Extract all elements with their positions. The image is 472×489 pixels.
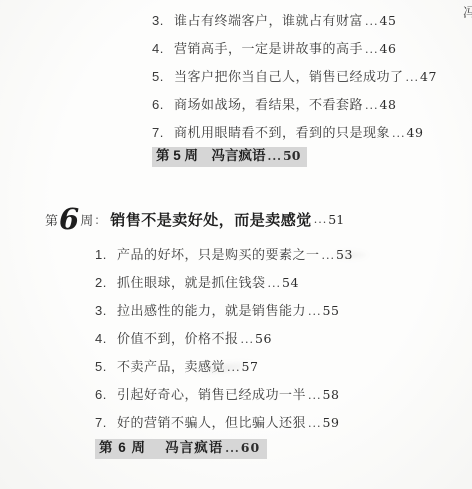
item-number: 7. <box>95 409 117 436</box>
leader-dots: ... <box>406 71 420 84</box>
toc-item: 4.营销高手，一定是讲故事的高手...46 <box>152 35 437 63</box>
leader-dots: ... <box>365 15 379 28</box>
week6-toc-block: 1.产品的好坏，只是购买的要素之一...53 2.抓住眼球，就是抓住钱袋...5… <box>95 241 353 459</box>
summary-page-number: 60 <box>241 440 260 455</box>
item-title: 营销高手，一定是讲故事的高手 <box>174 41 363 56</box>
leader-dots: ... <box>241 333 255 346</box>
heading-colon: ： <box>94 211 106 228</box>
leader-dots: ... <box>314 213 328 226</box>
leader-dots: ... <box>268 277 282 290</box>
toc-item: 3.谁占有终端客户，谁就占有财富...45 <box>152 7 437 35</box>
summary-label: 第 6 周 冯言疯语 <box>99 440 223 455</box>
toc-item: 7.商机用眼睛看不到，看到的只是现象...49 <box>152 119 437 147</box>
leader-dots: ... <box>308 305 322 318</box>
item-title: 商场如战场，看结果，不看套路 <box>174 97 363 112</box>
leader-dots: ... <box>322 249 336 262</box>
item-number: 5. <box>95 353 117 380</box>
item-number: 3. <box>152 7 174 34</box>
toc-item: 4.价值不到，价格不报...56 <box>95 325 353 353</box>
leader-dots: ... <box>308 389 322 402</box>
leader-dots: ... <box>268 150 283 163</box>
toc-item: 6.引起好奇心，销售已经成功一半...58 <box>95 381 353 409</box>
item-title: 价值不到，价格不报 <box>117 331 239 346</box>
item-page-number: 47 <box>420 69 437 84</box>
leader-dots: ... <box>392 127 406 140</box>
item-number: 6. <box>95 381 117 408</box>
heading-suffix: 周 <box>80 210 93 229</box>
heading-page-number: 51 <box>328 212 344 227</box>
item-number: 3. <box>95 297 117 324</box>
item-title: 好的营销不骗人，但比骗人还狠 <box>117 415 306 430</box>
item-page-number: 59 <box>323 415 340 430</box>
toc-item: 2.抓住眼球，就是抓住钱袋...54 <box>95 269 353 297</box>
toc-item: 7.好的营销不骗人，但比骗人还狠...59 <box>95 409 353 437</box>
item-title: 不卖产品，卖感觉 <box>117 359 225 374</box>
item-page-number: 48 <box>380 97 397 112</box>
leader-dots: ... <box>227 361 241 374</box>
book-toc-page: 冯 3.谁占有终端客户，谁就占有财富...45 4.营销高手，一定是讲故事的高手… <box>0 0 472 489</box>
week5-toc-block: 3.谁占有终端客户，谁就占有财富...45 4.营销高手，一定是讲故事的高手..… <box>152 7 437 167</box>
item-number: 4. <box>152 35 174 62</box>
toc-item: 3.拉出感性的能力，就是销售能力...55 <box>95 297 353 325</box>
toc-item: 5.当客户把你当自己人，销售已经成功了...47 <box>152 63 437 91</box>
item-page-number: 56 <box>255 331 272 346</box>
item-number: 2. <box>95 269 117 296</box>
summary-page-number: 50 <box>283 148 300 163</box>
toc-item: 5.不卖产品，卖感觉...57 <box>95 353 353 381</box>
item-number: 4. <box>95 325 117 352</box>
item-page-number: 57 <box>242 359 259 374</box>
clipped-edge-character: 冯 <box>463 2 472 21</box>
item-page-number: 53 <box>336 247 353 262</box>
leader-dots: ... <box>365 99 379 112</box>
week5-summary-highlight: 第 5 周 冯言疯语...50 <box>152 147 307 167</box>
item-page-number: 46 <box>380 41 397 56</box>
item-page-number: 58 <box>323 387 340 402</box>
item-title: 当客户把你当自己人，销售已经成功了 <box>174 69 404 84</box>
toc-item: 6.商场如战场，看结果，不看套路...48 <box>152 91 437 119</box>
item-page-number: 54 <box>282 275 299 290</box>
item-title: 产品的好坏，只是购买的要素之一 <box>117 247 320 262</box>
week6-summary-highlight: 第 6 周 冯言疯语...60 <box>95 439 267 459</box>
item-title: 拉出感性的能力，就是销售能力 <box>117 303 306 318</box>
heading-week-number: 6 <box>59 205 79 233</box>
week6-heading: 第 6 周 ： 销售不是卖好处，而是卖感觉 ... 51 <box>45 204 344 234</box>
item-number: 7. <box>152 119 174 146</box>
leader-dots: ... <box>365 43 379 56</box>
item-number: 6. <box>152 91 174 118</box>
item-page-number: 49 <box>407 125 424 140</box>
item-title: 谁占有终端客户，谁就占有财富 <box>174 13 363 28</box>
toc-item: 1.产品的好坏，只是购买的要素之一...53 <box>95 241 353 269</box>
item-page-number: 45 <box>380 13 397 28</box>
item-title: 商机用眼睛看不到，看到的只是现象 <box>174 125 390 140</box>
summary-label: 第 5 周 冯言疯语 <box>156 148 266 163</box>
item-number: 5. <box>152 63 174 90</box>
heading-title: 销售不是卖好处，而是卖感觉 <box>110 209 312 230</box>
item-number: 1. <box>95 241 117 268</box>
item-page-number: 55 <box>323 303 340 318</box>
leader-dots: ... <box>225 442 240 455</box>
item-title: 引起好奇心，销售已经成功一半 <box>117 387 306 402</box>
leader-dots: ... <box>308 417 322 430</box>
heading-prefix: 第 <box>45 210 58 229</box>
item-title: 抓住眼球，就是抓住钱袋 <box>117 275 266 290</box>
